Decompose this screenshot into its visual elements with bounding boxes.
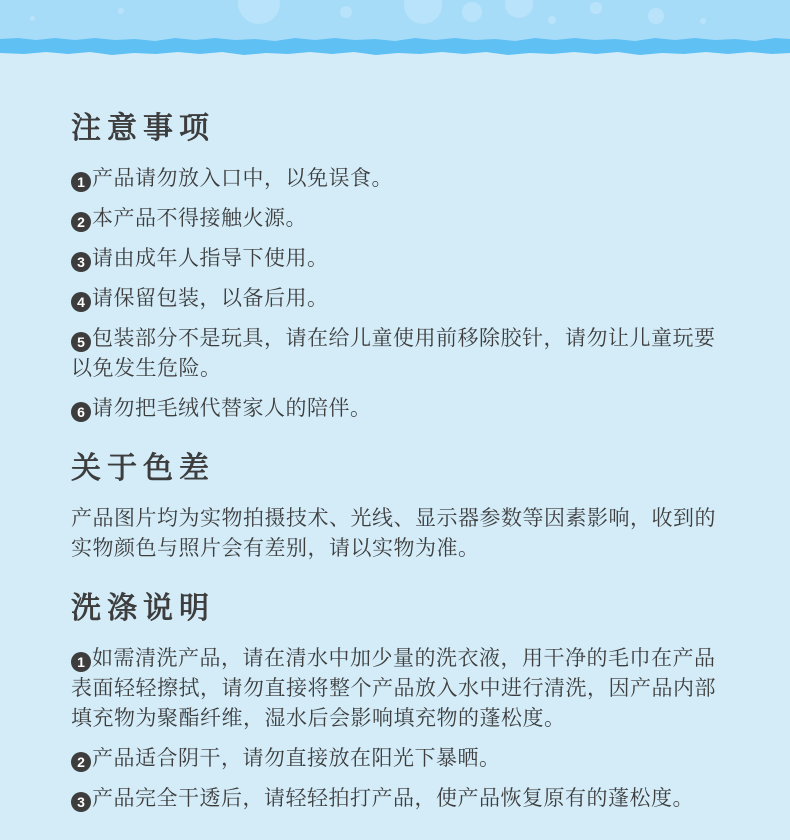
item-number-badge: 5 xyxy=(71,332,91,352)
bubble-decoration xyxy=(648,8,664,24)
section-notes: 注意事项1产品请勿放入口中，以免误食。2本产品不得接触火源。3请由成年人指导下使… xyxy=(71,112,722,424)
list-item: 5包装部分不是玩具，请在给儿童使用前移除胶针，请勿让儿童玩要以免发生危险。 xyxy=(71,324,722,384)
item-text: 如需清洗产品，请在清水中加少量的洗衣液，用干净的毛巾在产品表面轻轻擦拭，请勿直接… xyxy=(71,647,716,730)
list-item: 2产品适合阴干，请勿直接放在阳光下暴晒。 xyxy=(71,744,722,774)
bubble-decoration xyxy=(590,2,602,14)
item-text: 产品请勿放入口中，以免误食。 xyxy=(92,167,393,190)
bubble-decoration xyxy=(340,6,352,18)
bubble-decoration xyxy=(700,18,706,24)
item-text: 包装部分不是玩具，请在给儿童使用前移除胶针，请勿让儿童玩要以免发生危险。 xyxy=(71,327,716,380)
item-number-badge: 1 xyxy=(71,652,91,672)
section-title: 注意事项 xyxy=(71,112,722,146)
bubble-decoration xyxy=(505,0,533,18)
list-item: 3请由成年人指导下使用。 xyxy=(71,244,722,274)
item-number-badge: 4 xyxy=(71,292,91,312)
bubble-decoration xyxy=(118,8,124,14)
item-text: 产品完全干透后，请轻轻拍打产品，使产品恢复原有的蓬松度。 xyxy=(92,787,694,810)
item-number-badge: 3 xyxy=(71,792,91,812)
item-number-badge: 6 xyxy=(71,402,91,422)
list-item: 1如需清洗产品，请在清水中加少量的洗衣液，用干净的毛巾在产品表面轻轻擦拭，请勿直… xyxy=(71,644,722,734)
section-title: 关于色差 xyxy=(71,452,722,486)
item-number-badge: 2 xyxy=(71,752,91,772)
bubble-decoration xyxy=(462,2,482,22)
content: 注意事项1产品请勿放入口中，以免误食。2本产品不得接触火源。3请由成年人指导下使… xyxy=(0,112,790,840)
page-header xyxy=(0,0,790,58)
item-text: 请勿把毛绒代替家人的陪伴。 xyxy=(92,397,372,420)
bubble-decoration xyxy=(238,0,280,24)
bubble-decoration xyxy=(30,16,35,21)
bubble-decoration xyxy=(548,16,556,24)
bubble-decoration xyxy=(404,0,442,24)
item-text: 产品适合阴干，请勿直接放在阳光下暴晒。 xyxy=(92,747,501,770)
section-color-difference: 关于色差产品图片均为实物拍摄技术、光线、显示器参数等因素影响，收到的实物颜色与照… xyxy=(71,452,722,564)
list-item: 2本产品不得接触火源。 xyxy=(71,204,722,234)
item-number-badge: 3 xyxy=(71,252,91,272)
item-text: 本产品不得接触火源。 xyxy=(92,207,307,230)
item-text: 请由成年人指导下使用。 xyxy=(92,247,329,270)
item-number-badge: 2 xyxy=(71,212,91,232)
wave-stripe xyxy=(0,34,790,58)
item-text: 请保留包装，以备后用。 xyxy=(92,287,329,310)
list-item: 4请保留包装，以备后用。 xyxy=(71,284,722,314)
section-title: 洗涤说明 xyxy=(71,592,722,626)
list-item: 1产品请勿放入口中，以免误食。 xyxy=(71,164,722,194)
list-item: 6请勿把毛绒代替家人的陪伴。 xyxy=(71,394,722,424)
section-washing: 洗涤说明1如需清洗产品，请在清水中加少量的洗衣液，用干净的毛巾在产品表面轻轻擦拭… xyxy=(71,592,722,814)
item-number-badge: 1 xyxy=(71,172,91,192)
list-item: 3产品完全干透后，请轻轻拍打产品，使产品恢复原有的蓬松度。 xyxy=(71,784,722,814)
section-paragraph: 产品图片均为实物拍摄技术、光线、显示器参数等因素影响，收到的实物颜色与照片会有差… xyxy=(71,504,722,564)
